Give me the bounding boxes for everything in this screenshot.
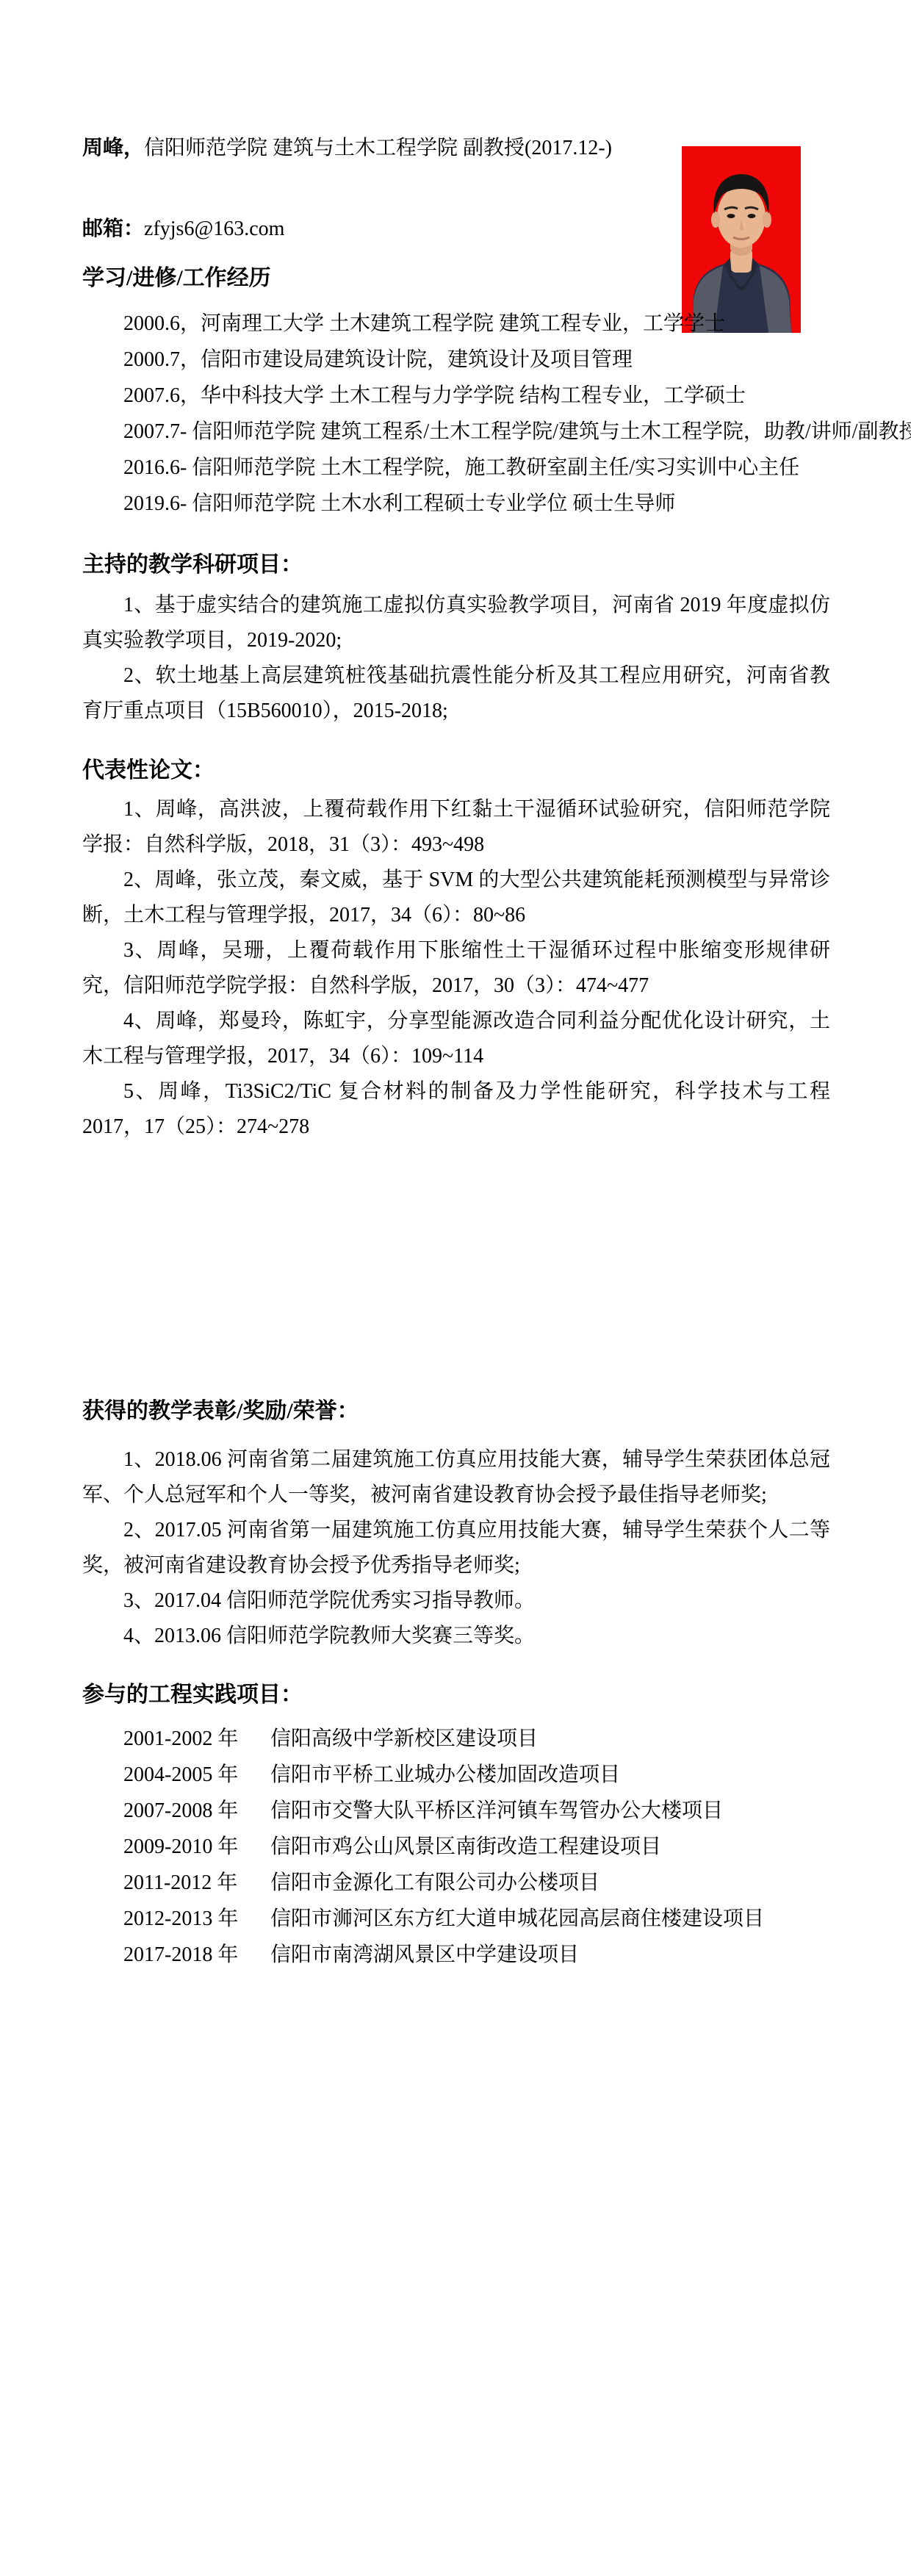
list-item: 2007.7- 信阳师范学院 建筑工程系/土木工程学院/建筑与土木工程学院，助教… [82, 414, 830, 450]
email-value: zfyjs6@163.com [144, 217, 284, 240]
table-row: 2017-2018 年信阳市南湾湖风景区中学建设项目 [82, 1937, 830, 1973]
table-row: 2004-2005 年信阳市平桥工业城办公楼加固改造项目 [82, 1757, 830, 1793]
list-item: 1、周峰，高洪波，上覆荷载作用下红黏土干湿循环试验研究，信阳师范学院学报：自然科… [82, 792, 830, 863]
list-item: 2019.6- 信阳师范学院 土木水利工程硕士专业学位 硕士生导师 [82, 486, 830, 522]
person-affiliation: 信阳师范学院 建筑与土木工程学院 副教授(2017.12-) [144, 137, 612, 159]
project-name: 信阳市金源化工有限公司办公楼项目 [270, 1871, 599, 1894]
awards-list: 1、2018.06 河南省第二届建筑施工仿真应用技能大赛，辅导学生荣获团体总冠军… [82, 1442, 830, 1654]
project-name: 信阳市鸡公山风景区南街改造工程建设项目 [270, 1835, 661, 1858]
list-item: 2000.6，河南理工大学 土木建筑工程学院 建筑工程专业，工学学士 [82, 306, 830, 342]
section-heading-awards: 获得的教学表彰/奖励/荣誉： [82, 1398, 830, 1425]
list-item: 2、软土地基上高层建筑桩筏基础抗震性能分析及其工程应用研究，河南省教育厅重点项目… [82, 658, 830, 729]
project-period: 2017-2018 年 [123, 1937, 270, 1973]
id-portrait-photo-icon [682, 146, 801, 333]
projects-led-list: 1、基于虚实结合的建筑施工虚拟仿真实验教学项目，河南省 2019 年度虚拟仿真实… [82, 588, 830, 729]
table-row: 2007-2008 年信阳市交警大队平桥区洋河镇车驾管办公大楼项目 [82, 1793, 830, 1829]
experience-list: 2000.6，河南理工大学 土木建筑工程学院 建筑工程专业，工学学士 2000.… [82, 306, 830, 522]
project-name: 信阳市交警大队平桥区洋河镇车驾管办公大楼项目 [270, 1799, 723, 1822]
list-item: 2000.7，信阳市建设局建筑设计院，建筑设计及项目管理 [82, 342, 830, 378]
project-period: 2001-2002 年 [123, 1721, 270, 1757]
person-name: 周峰， [82, 137, 144, 159]
table-row: 2009-2010 年信阳市鸡公山风景区南街改造工程建设项目 [82, 1829, 830, 1865]
practice-projects-list: 2001-2002 年信阳高级中学新校区建设项目 2004-2005 年信阳市平… [82, 1721, 830, 1973]
list-item: 4、2013.06 信阳师范学院教师大奖赛三等奖。 [82, 1619, 830, 1654]
section-heading-practice-projects: 参与的工程实践项目： [82, 1682, 830, 1708]
project-period: 2012-2013 年 [123, 1901, 270, 1937]
table-row: 2001-2002 年信阳高级中学新校区建设项目 [82, 1721, 830, 1757]
project-period: 2009-2010 年 [123, 1829, 270, 1865]
list-item: 2、2017.05 河南省第一届建筑施工仿真应用技能大赛，辅导学生荣获个人二等奖… [82, 1513, 830, 1583]
project-name: 信阳市南湾湖风景区中学建设项目 [270, 1943, 579, 1966]
section-heading-papers: 代表性论文： [82, 758, 830, 784]
papers-list: 1、周峰，高洪波，上覆荷载作用下红黏土干湿循环试验研究，信阳师范学院学报：自然科… [82, 792, 830, 1145]
project-period: 2007-2008 年 [123, 1793, 270, 1829]
portrait-photo [682, 146, 801, 333]
doc-page: 周峰，信阳师范学院 建筑与土木工程学院 副教授(2017.12-) 邮箱：zfy… [0, 0, 911, 2576]
list-item: 3、2017.04 信阳师范学院优秀实习指导教师。 [82, 1583, 830, 1619]
project-name: 信阳高级中学新校区建设项目 [270, 1727, 538, 1750]
list-item: 3、周峰，吴珊，上覆荷载作用下胀缩性土干湿循环过程中胀缩变形规律研究，信阳师范学… [82, 933, 830, 1004]
project-period: 2011-2012 年 [123, 1865, 270, 1901]
list-item: 5、周峰，Ti3SiC2/TiC 复合材料的制备及力学性能研究，科学技术与工程 … [82, 1074, 830, 1145]
project-name: 信阳市平桥工业城办公楼加固改造项目 [270, 1763, 620, 1786]
section-heading-experience: 学习/进修/工作经历 [82, 265, 830, 292]
table-row: 2011-2012 年信阳市金源化工有限公司办公楼项目 [82, 1865, 830, 1901]
list-item: 4、周峰，郑曼玲，陈虹宇，分享型能源改造合同利益分配优化设计研究，土木工程与管理… [82, 1004, 830, 1074]
section-heading-projects-led: 主持的教学科研项目： [82, 552, 830, 578]
email-label: 邮箱： [82, 217, 144, 240]
list-item: 2007.6，华中科技大学 土木工程与力学学院 结构工程专业，工学硕士 [82, 378, 830, 414]
list-item: 1、基于虚实结合的建筑施工虚拟仿真实验教学项目，河南省 2019 年度虚拟仿真实… [82, 588, 830, 658]
list-item: 1、2018.06 河南省第二届建筑施工仿真应用技能大赛，辅导学生荣获团体总冠军… [82, 1442, 830, 1513]
list-item: 2、周峰，张立茂，秦文威，基于 SVM 的大型公共建筑能耗预测模型与异常诊断，土… [82, 863, 830, 933]
project-period: 2004-2005 年 [123, 1757, 270, 1793]
project-name: 信阳市浉河区东方红大道申城花园高层商住楼建设项目 [270, 1907, 764, 1930]
table-row: 2012-2013 年信阳市浉河区东方红大道申城花园高层商住楼建设项目 [82, 1901, 830, 1937]
list-item: 2016.6- 信阳师范学院 土木工程学院，施工教研室副主任/实习实训中心主任 [82, 450, 830, 486]
